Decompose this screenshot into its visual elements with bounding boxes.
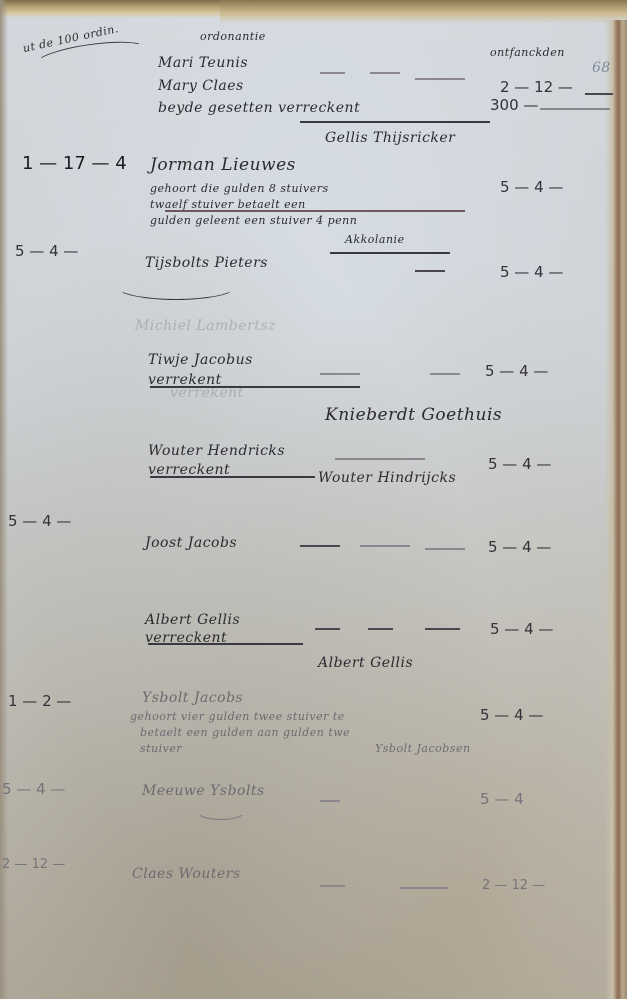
dash (430, 373, 460, 375)
entry-8-line-0: Meeuwe Ysbolts (142, 783, 265, 799)
entry-8-right-amount: 5 — 4 (480, 790, 524, 808)
entry-2-line-0: Tijsbolts Pieters (145, 255, 268, 271)
entry-6-line-0: Albert Gellis (145, 612, 240, 628)
entry-5-right-amount: 5 — 4 — (488, 538, 551, 556)
entry-1-signature: Akkolanie (345, 233, 405, 246)
entry-7-line-1: gehoort vier gulden twee stuiver te (130, 710, 345, 723)
entry-1-strike (165, 210, 465, 212)
entry-7-right-amount: 5 — 4 — (480, 706, 543, 724)
dash (315, 628, 340, 630)
paper-binding-edge (605, 20, 627, 999)
entry-1-line-0: Jorman Lieuwes (150, 155, 296, 175)
dash (320, 800, 340, 802)
entry-1-sig-underline (330, 252, 450, 254)
entry-1-right-amount: 5 — 4 — (500, 178, 563, 196)
entry-7-left-amount: 1 — 2 — (8, 692, 71, 710)
dash (585, 93, 613, 95)
dash (320, 885, 345, 887)
entry-0-line-2: beyde gesetten verreckent (158, 100, 360, 116)
entry-0-line-1: Mary Claes (158, 78, 244, 94)
dash (335, 458, 425, 460)
dash (425, 548, 465, 550)
entry-3-right-amount: 5 — 4 — (485, 362, 548, 380)
entry-6-right-amount: 5 — 4 — (490, 620, 553, 638)
bleed-through-line-0: Michiel Lambertsz (135, 318, 276, 334)
dash (368, 628, 393, 630)
paper-left-edge (0, 0, 8, 999)
entry-4-signature: Wouter Hindrijcks (318, 470, 456, 486)
entry-1-line-1: gehoort die gulden 8 stuivers (150, 182, 329, 195)
entry-9-line-0: Claes Wouters (132, 866, 241, 882)
dash (415, 270, 445, 272)
entry-2-left-amount: 5 — 4 — (15, 242, 78, 260)
entry-7-line-3: stuiver (140, 742, 182, 755)
entry-6-signature: Albert Gellis (318, 655, 413, 671)
entry-5-line-0: Joost Jacobs (145, 535, 237, 551)
dash (300, 545, 340, 547)
entry-4-line-0: Wouter Hendricks (148, 443, 285, 459)
entry-5-left-amount: 5 — 4 — (8, 512, 71, 530)
entry-7-line-2: betaelt een gulden aan gulden twe (140, 726, 350, 739)
entry-6-underline (148, 643, 303, 645)
column-heading: ordonantie (200, 30, 266, 43)
entry-9-right-amount: 2 — 12 — (482, 878, 545, 893)
dash (415, 78, 465, 80)
dash (360, 545, 410, 547)
dash (540, 108, 610, 110)
entry-3-signature: Knieberdt Goethuis (325, 405, 502, 425)
right-heading: ontfanckden (490, 46, 565, 59)
entry-3-line-0: Tiwje Jacobus (148, 352, 253, 368)
entry-0-signature: Gellis Thijsricker (325, 130, 455, 146)
entry-2-right-amount: 5 — 4 — (500, 263, 563, 281)
entry-1-left-amount: 1 — 17 — 4 (22, 153, 127, 174)
entry-0-line-0: Mari Teunis (158, 55, 248, 71)
entry-0-right-amount-2: 300 — (490, 96, 538, 114)
entry-2-flourish (115, 272, 237, 300)
dash (425, 628, 460, 630)
entry-7-signature: Ysbolt Jacobsen (375, 742, 471, 755)
entry-8-left-amount: 5 — 4 — (2, 780, 65, 798)
dash (370, 72, 400, 74)
entry-3-underline (150, 386, 360, 388)
entry-8-flourish (195, 800, 247, 820)
dash (400, 887, 448, 889)
entry-4-underline (150, 476, 315, 478)
dash (320, 72, 345, 74)
ledger-page: ut de 100 ordin. ordonantie ontfanckden … (0, 0, 627, 999)
entry-7-line-0: Ysbolt Jacobs (142, 690, 243, 706)
paper-top-edge-fold (220, 0, 627, 24)
entry-9-left-amount: 2 — 12 — (2, 857, 65, 872)
page-number: 68 (592, 60, 611, 76)
dash (320, 373, 360, 375)
entry-1-line-3: gulden geleent een stuiver 4 penn (150, 214, 357, 227)
entry-4-right-amount: 5 — 4 — (488, 455, 551, 473)
entry-0-underline (300, 121, 490, 123)
entry-0-right-amount: 2 — 12 — (500, 78, 573, 96)
